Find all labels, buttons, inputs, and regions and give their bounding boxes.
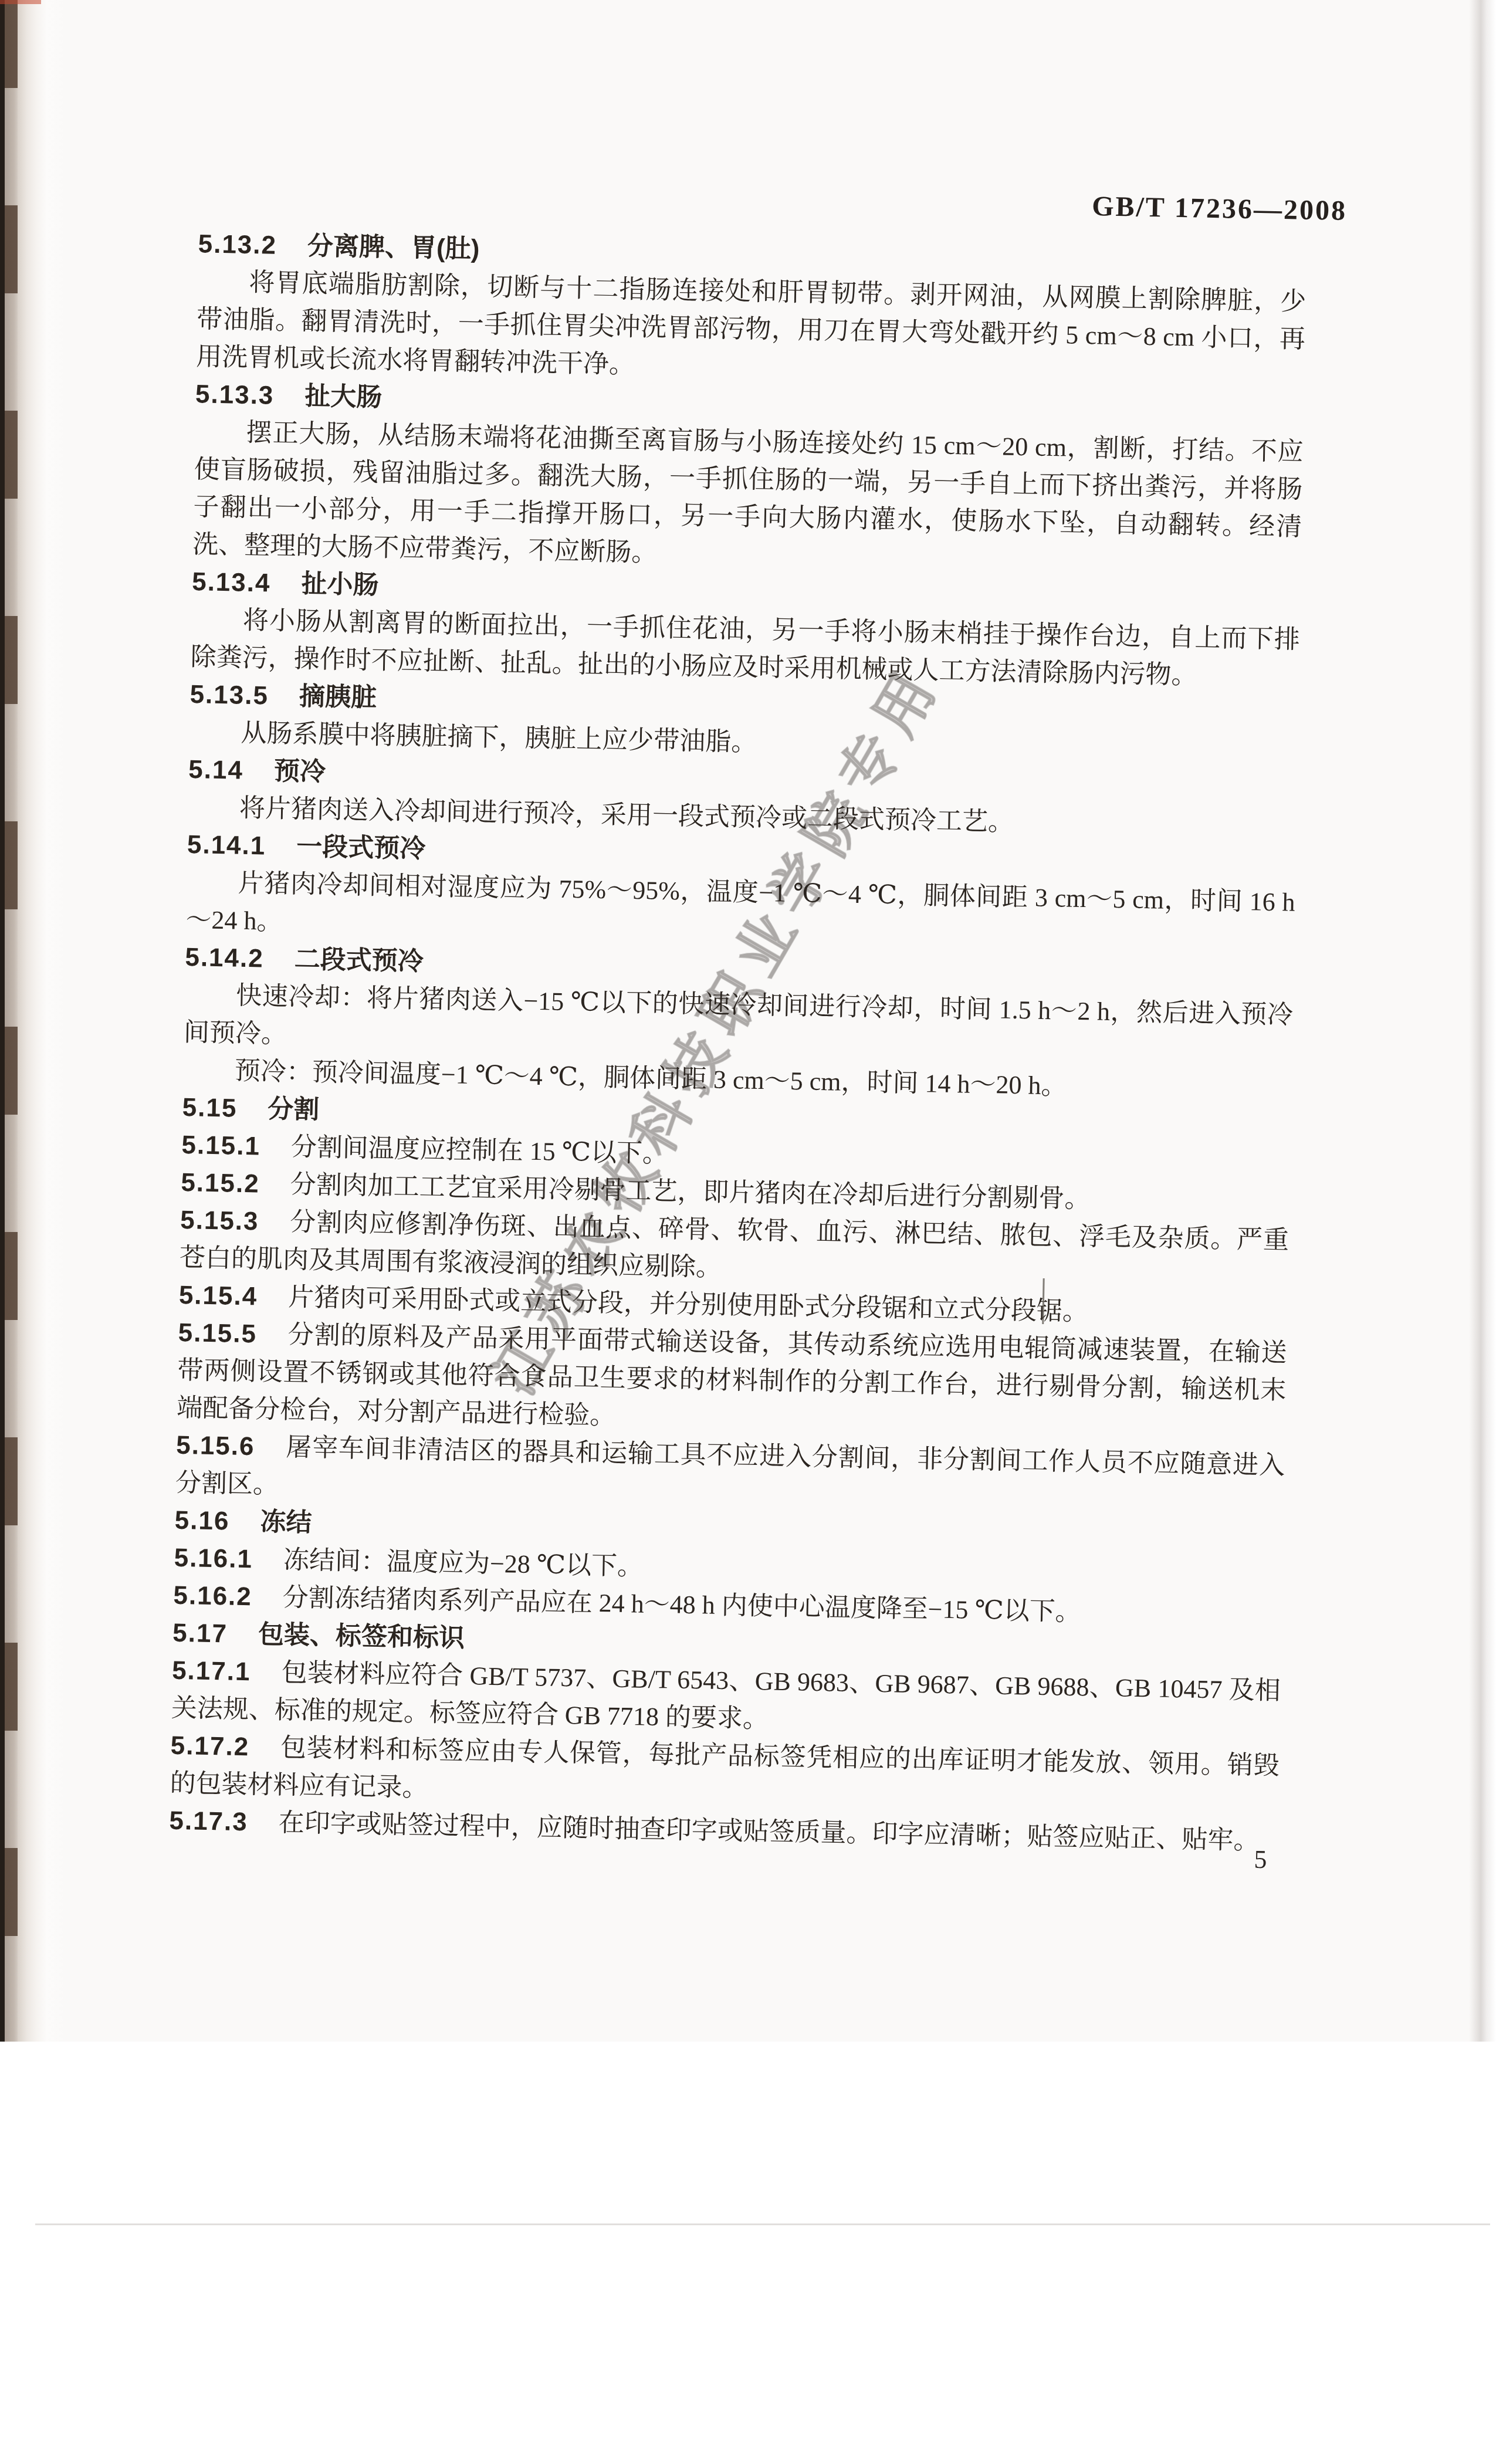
clause-text: 包装材料应符合 GB/T 5737、GB/T 6543、GB 9683、GB 9… xyxy=(171,1658,1281,1733)
clause-heading-title: 二段式预冷 xyxy=(294,945,424,976)
clause-number: 5.16.1 xyxy=(174,1544,253,1573)
clause-number: 5.15.3 xyxy=(180,1206,259,1236)
clause-heading-number: 5.15 xyxy=(182,1093,238,1123)
clause-text: 冻结间：温度应为−28 ℃以下。 xyxy=(283,1545,644,1580)
clause-heading-title: 冻结 xyxy=(260,1508,312,1538)
clause-heading-title: 扯小肠 xyxy=(301,570,379,600)
clause-number: 5.15.1 xyxy=(181,1131,260,1160)
clause-number: 5.17.1 xyxy=(172,1656,251,1686)
printed-content: 江苏农牧科技职业学院专用 GB/T 17236—2008 5.13.2分离脾、胃… xyxy=(0,0,1496,2056)
clause-heading-title: 扯大肠 xyxy=(304,382,383,412)
clause-heading-title: 预冷 xyxy=(273,757,326,787)
clause-heading-number: 5.13.2 xyxy=(198,229,277,259)
scanner-edge-line xyxy=(35,2223,1490,2225)
clause-text: 分割的原料及产品采用平面带式输送设备，其传动系统应选用电辊筒减速装置，在输送带两… xyxy=(177,1320,1287,1430)
clause-heading-title: 包装、标签和标识 xyxy=(258,1620,465,1652)
clause-number: 5.15.4 xyxy=(178,1281,258,1311)
clause-heading-number: 5.13.3 xyxy=(195,380,275,409)
clause-number: 5.17.3 xyxy=(169,1806,248,1836)
clause-heading-title: 分离脾、胃(肚) xyxy=(307,232,480,263)
page-number: 5 xyxy=(1254,1844,1267,1874)
paragraph: 将胃底端脂肪割除，切断与十二指肠连接处和肝胃韧带。剥开网油，从网膜上割除脾脏，少… xyxy=(196,263,1307,396)
clause-number: 5.16.2 xyxy=(173,1581,252,1611)
clause-heading-title: 分割 xyxy=(268,1095,320,1125)
paragraph: 摆正大肠，从结肠末端将花油撕至离盲肠与小肠连接处约 15 cm～20 cm，割断… xyxy=(192,413,1304,584)
clause-heading-number: 5.16 xyxy=(174,1506,230,1536)
clause-heading-number: 5.13.5 xyxy=(189,680,269,710)
document-body: 5.13.2分离脾、胃(肚)将胃底端脂肪割除，切断与十二指肠连接处和肝胃韧带。剥… xyxy=(169,225,1307,1860)
clause-heading-number: 5.14 xyxy=(188,755,244,785)
clause-heading-title: 摘胰脏 xyxy=(299,682,377,712)
clause-number: 5.15.2 xyxy=(181,1168,260,1198)
clause-text: 分割间温度应控制在 15 ℃以下。 xyxy=(290,1132,668,1168)
clause-heading-number: 5.14.1 xyxy=(187,830,266,860)
clause-heading-number: 5.17 xyxy=(172,1619,228,1649)
clause-heading-number: 5.14.2 xyxy=(185,943,264,973)
clause-heading-title: 一段式预冷 xyxy=(296,832,426,863)
scanned-page: 江苏农牧科技职业学院专用 GB/T 17236—2008 5.13.2分离脾、胃… xyxy=(0,0,1496,2042)
clause-number: 5.15.5 xyxy=(178,1318,257,1348)
clause-text: 分割肉应修割净伤斑、出血点、碎骨、软骨、血污、淋巴结、脓包、浮毛及杂质。严重苍白… xyxy=(180,1207,1289,1281)
clause-number: 5.15.6 xyxy=(176,1431,255,1461)
numbered-clause: 5.15.5分割的原料及产品采用平面带式输送设备，其传动系统应选用电辊筒减速装置… xyxy=(177,1314,1287,1447)
clause-number: 5.17.2 xyxy=(170,1731,249,1761)
clause-heading-number: 5.13.4 xyxy=(192,567,271,597)
standard-number-header: GB/T 17236—2008 xyxy=(1092,190,1348,227)
